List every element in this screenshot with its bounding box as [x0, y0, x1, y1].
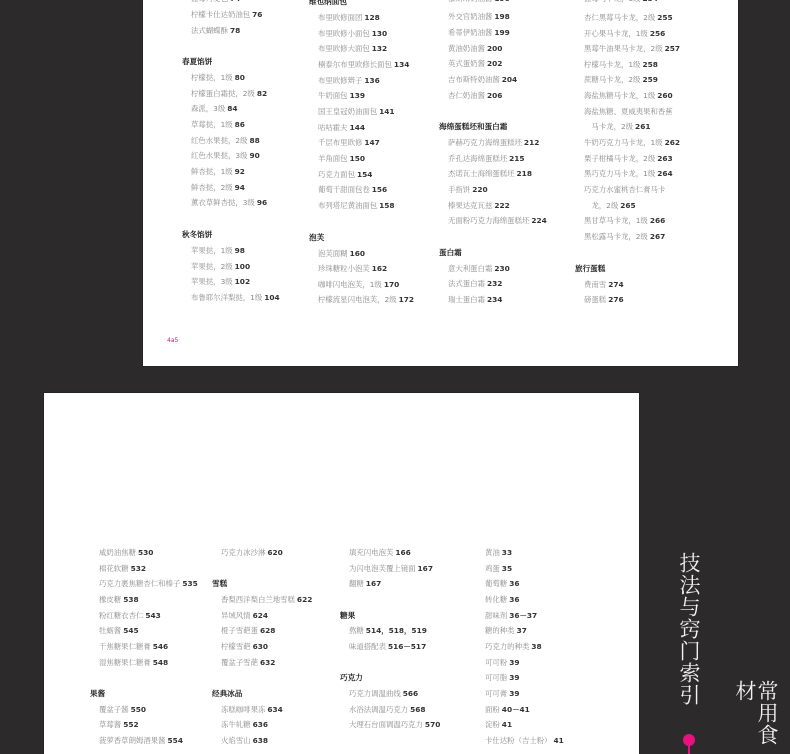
index-entry: 黑甘草马卡龙，1级266: [584, 216, 665, 226]
entry-page-number: 139: [350, 91, 365, 100]
section-heading: 糖果: [340, 611, 355, 621]
entry-label: 希蒂伊奶油酱: [448, 28, 492, 37]
entry-page-number: 40－41: [502, 705, 530, 714]
index-entry: 转化糖36: [485, 595, 519, 605]
entry-label: 柠檬卡仕达奶油包: [191, 10, 250, 19]
entry-page-number: 141: [379, 107, 394, 116]
index-entry: 布列塔尼黄油面包158: [318, 201, 395, 211]
section-heading: 春夏馅饼: [182, 57, 212, 67]
entry-page-number: 134: [394, 60, 409, 69]
index-entry: 瑞士蛋白霜234: [448, 295, 502, 305]
index-entry: 巧克力的种类38: [485, 642, 542, 652]
index-entry: 苹果挞，1级98: [191, 246, 245, 256]
entry-page-number: 624: [253, 611, 268, 620]
entry-page-number: 230: [494, 264, 509, 273]
index-entry: 黑巧克力马卡龙，1级264: [584, 169, 673, 179]
entry-page-number: 259: [642, 75, 657, 84]
entry-label: 粉红糖衣杏仁: [99, 611, 143, 620]
index-entry: 磅蛋糕276: [584, 295, 624, 305]
entry-page-number: 36: [509, 595, 519, 604]
index-entry: 法式蛋白霜232: [448, 279, 502, 289]
entry-page-number: 98: [235, 246, 245, 255]
index-entry: 蔗糖马卡龙，2级259: [584, 75, 658, 85]
entry-page-number: 86: [235, 120, 245, 129]
index-entry: 咖啡闪电泡芙，1级170: [318, 280, 399, 290]
entry-page-number: 196: [494, 0, 509, 3]
index-entry: 楠泰尔布里欧修长面包134: [318, 60, 409, 70]
entry-label: 柠檬蛋白霜挞，2级: [191, 89, 255, 98]
entry-label: 可可膏: [485, 689, 507, 698]
entry-page-number: 532: [131, 564, 146, 573]
entry-label: 巧克力调温曲线: [349, 689, 401, 698]
index-entry: 杏仁奶油酱206: [448, 91, 502, 101]
entry-page-number: 167: [366, 579, 381, 588]
entry-label: 火焰雪山: [221, 736, 251, 745]
entry-page-number: 622: [297, 595, 312, 604]
index-entry: 牛奶巧克力马卡龙，1级262: [584, 138, 680, 148]
index-entry: 甜味剂36－37: [485, 611, 537, 621]
entry-page-number: 132: [372, 44, 387, 53]
entry-page-number: 260: [657, 91, 672, 100]
index-entry: 橙子雪葩蛋628: [221, 626, 275, 636]
entry-page-number: 570: [425, 720, 440, 729]
entry-page-number: 100: [235, 262, 250, 271]
entry-page-number: 90: [249, 151, 259, 160]
entry-label: 布里欧修辫子: [318, 76, 362, 85]
section-heading: 蛋白霜: [439, 248, 462, 258]
entry-label: 大理石台面调温巧克力: [349, 720, 423, 729]
entry-page-number: 620: [267, 548, 282, 557]
entry-label: 苹果挞，3级: [191, 277, 233, 286]
index-entry: 面粉40－41: [485, 705, 530, 715]
entry-page-number: 172: [399, 295, 414, 304]
index-entry: 黑莓牛油果马卡龙，2级257: [584, 44, 680, 54]
index-entry: 冻糕咖啡果冻634: [221, 705, 283, 715]
index-entry: 卡仕达粉（吉士粉）41: [485, 736, 564, 746]
entry-label: 布鲁耶尔洋梨挞，1级: [191, 293, 262, 302]
index-entry: 可可脂39: [485, 673, 519, 683]
entry-page-number: 264: [657, 169, 672, 178]
entry-label: 冻糕咖啡果冻: [221, 705, 265, 714]
index-entry: 柠檬卡仕达奶油包76: [191, 10, 262, 20]
entry-label: 牛奶面包: [318, 91, 348, 100]
entry-page-number: 254: [642, 0, 657, 3]
entry-label: 马卡龙，2级: [584, 122, 633, 131]
index-entry: 巧克力冰沙淋620: [221, 548, 283, 558]
index-entry: 马卡龙，2级261: [584, 122, 650, 132]
entry-label: 磅蛋糕: [584, 295, 606, 304]
index-entry: 鸡蛋35: [485, 564, 512, 574]
entry-label: 手指饼: [448, 185, 470, 194]
entry-label: 榛果达克瓦兹: [448, 201, 492, 210]
index-entry: 蓝莓丹麦包74: [191, 0, 240, 4]
index-entry: 布里欧修辫子136: [318, 76, 380, 86]
entry-label: 菠萝香草朗姆酒果酱: [99, 736, 166, 745]
index-entry: 柠檬流星闪电泡芙，2级172: [318, 295, 414, 305]
index-entry: 咸奶油焦糖530: [99, 548, 153, 558]
entry-page-number: 162: [372, 264, 387, 273]
index-entry: 英式蛋奶酱202: [448, 59, 502, 69]
entry-page-number: 206: [487, 91, 502, 100]
entry-page-number: 530: [138, 548, 153, 557]
entry-label: 填充闪电泡芙: [349, 548, 393, 557]
entry-page-number: 632: [260, 658, 275, 667]
entry-label: 水浴法调温巧克力: [349, 705, 408, 714]
entry-label: 牛奶巧克力马卡龙，1级: [584, 138, 663, 147]
entry-page-number: 84: [227, 104, 237, 113]
index-entry: 希蒂伊奶油酱199: [448, 28, 510, 38]
index-entry: 榛果达克瓦兹222: [448, 201, 510, 211]
entry-label: 瑞士蛋白霜: [448, 295, 485, 304]
entry-page-number: 212: [524, 138, 539, 147]
entry-label: 羊角面包: [318, 154, 348, 163]
side-title-common-ingredients: 常用食材: [734, 680, 778, 754]
entry-page-number: 630: [253, 642, 268, 651]
entry-page-number: 550: [131, 705, 146, 714]
entry-label: 甜味剂: [485, 611, 507, 620]
section-heading: 海绵蛋糕坯和蛋白霜: [439, 122, 507, 132]
entry-page-number: 256: [650, 29, 665, 38]
entry-label: 吉布斯特奶油酱: [448, 75, 500, 84]
entry-page-number: 33: [502, 548, 512, 557]
entry-label: 外交官奶油酱: [448, 12, 492, 21]
entry-page-number: 82: [257, 89, 267, 98]
entry-label: 柠檬流星闪电泡芙，2级: [318, 295, 397, 304]
index-entry: 布里欧修大面包132: [318, 44, 387, 54]
entry-page-number: 232: [487, 279, 502, 288]
index-entry: 栗子柑橘马卡龙，2级263: [584, 154, 673, 164]
entry-page-number: 218: [517, 169, 532, 178]
index-entry: 手指饼220: [448, 185, 488, 195]
entry-page-number: 92: [235, 167, 245, 176]
entry-label: 黑松露马卡龙，2级: [584, 232, 648, 241]
entry-label: 淀粉: [485, 720, 500, 729]
index-entry: 吉布斯特奶油酱204: [448, 75, 517, 85]
entry-label: 开心果马卡龙，1级: [584, 29, 648, 38]
entry-page-number: 36: [509, 579, 519, 588]
entry-label: 熬糖: [349, 626, 364, 635]
entry-label: 布列塔尼黄油面包: [318, 201, 377, 210]
entry-page-number: 265: [620, 201, 635, 210]
index-entry: 无面粉巧克力海绵蛋糕坯224: [448, 216, 547, 226]
entry-page-number: 262: [665, 138, 680, 147]
entry-label: 龙，2级: [584, 201, 618, 210]
index-entry: 乔孔达海绵蛋糕坯215: [448, 154, 525, 164]
entry-label: 草莓挞，1级: [191, 120, 233, 129]
entry-label: 珍珠糖粒小泡芙: [318, 264, 370, 273]
entry-label: 葡萄糖: [485, 579, 507, 588]
entry-label: 千层布里欧修: [318, 138, 362, 147]
entry-label: 鸡蛋: [485, 564, 500, 573]
entry-label: 楠泰尔布里欧修长面包: [318, 60, 392, 69]
entry-label: 泡芙面糊: [318, 249, 348, 258]
index-entry: 慕斯琳奶油酱196: [448, 0, 510, 4]
bookmark-stem: [688, 744, 690, 754]
entry-label: 橙子雪葩蛋: [221, 626, 258, 635]
index-entry: 珍珠糖粒小泡芙162: [318, 264, 387, 274]
index-entry: 红色水果挞，3级90: [191, 151, 260, 161]
index-entry: 粉红糖衣杏仁543: [99, 611, 161, 621]
index-entry: 杰诺瓦士海绵蛋糕坯218: [448, 169, 532, 179]
entry-page-number: 170: [384, 280, 399, 289]
entry-page-number: 263: [657, 154, 672, 163]
entry-page-number: 224: [531, 216, 546, 225]
entry-label: 杏仁黑莓马卡龙，2级: [584, 13, 655, 22]
entry-label: 黄油: [485, 548, 500, 557]
index-entry: 黑松露马卡龙，2级267: [584, 232, 665, 242]
entry-page-number: 154: [357, 170, 372, 179]
entry-page-number: 200: [487, 44, 502, 53]
entry-page-number: 35: [502, 564, 512, 573]
entry-page-number: 255: [657, 13, 672, 22]
entry-label: 法式蛋白霜: [448, 279, 485, 288]
entry-page-number: 514，518，519: [366, 626, 427, 635]
entry-page-number: 548: [153, 658, 168, 667]
entry-label: 可可脂: [485, 673, 507, 682]
section-heading: 果酱: [90, 689, 105, 699]
entry-label: 咕咕霍夫: [318, 123, 348, 132]
index-entry: 熬糖514，518，519: [349, 626, 427, 636]
index-entry: 杏仁黑莓马卡龙，2级255: [584, 13, 673, 23]
entry-page-number: 78: [230, 26, 240, 35]
entry-page-number: 276: [608, 295, 623, 304]
index-entry: 香梨西洋梨白兰地雪糕622: [221, 595, 312, 605]
entry-page-number: 74: [230, 0, 240, 3]
entry-page-number: 546: [153, 642, 168, 651]
entry-label: 红色水果挞，2级: [191, 136, 247, 145]
index-entry: 森派，3级84: [191, 104, 238, 114]
entry-page-number: 41: [554, 736, 564, 745]
entry-page-number: 102: [235, 277, 250, 286]
index-entry: 薰衣草鲜杏挞，3级96: [191, 198, 267, 208]
entry-label: 薰衣草鲜杏挞，3级: [191, 198, 255, 207]
index-entry: 味道搭配表516－517: [349, 642, 426, 652]
entry-label: 海盐焦糖、夏威夷果和香蕉: [584, 107, 673, 116]
index-entry: 苹果挞，2级100: [191, 262, 250, 272]
entry-label: 苹果挞，2级: [191, 262, 233, 271]
entry-page-number: 198: [494, 12, 509, 21]
entry-label: 可可粉: [485, 658, 507, 667]
entry-label: 布里欧修小面包: [318, 29, 370, 38]
index-entry: 布鲁耶尔洋梨挞，1级104: [191, 293, 280, 303]
index-entry: 草莓酱552: [99, 720, 139, 730]
entry-label: 柠檬马卡龙，1级: [584, 60, 640, 69]
entry-page-number: 130: [372, 29, 387, 38]
entry-label: 栗子柑橘马卡龙，2级: [584, 154, 655, 163]
entry-label: 苹果挞，1级: [191, 246, 233, 255]
entry-page-number: 41: [502, 720, 512, 729]
index-entry: 海盐焦糖马卡龙，1级260: [584, 91, 673, 101]
index-entry: 羊角面包150: [318, 154, 365, 164]
entry-page-number: 535: [182, 579, 197, 588]
entry-label: 巧克力的种类: [485, 642, 529, 651]
entry-label: 面粉: [485, 705, 500, 714]
entry-page-number: 94: [235, 183, 245, 192]
index-entry: 大理石台面调温巧克力570: [349, 720, 440, 730]
entry-page-number: 167: [418, 564, 433, 573]
entry-label: 杏仁奶油酱: [448, 91, 485, 100]
index-entry: 巧克力裹焦糖杏仁和榛子535: [99, 579, 198, 589]
entry-page-number: 88: [249, 136, 259, 145]
index-entry: 棉花软糖532: [99, 564, 146, 574]
entry-label: 森派，3级: [191, 104, 225, 113]
entry-label: 咸奶油焦糖: [99, 548, 136, 557]
entry-label: 萨赫巧克力海绵蛋糕坯: [448, 138, 522, 147]
entry-page-number: 37: [517, 626, 527, 635]
index-entry: 葡萄糖36: [485, 579, 519, 589]
entry-label: 杰诺瓦士海绵蛋糕坯: [448, 169, 515, 178]
index-entry: 干焦糖果仁糖膏546: [99, 642, 168, 652]
index-entry: 湿焦糖果仁糖膏548: [99, 658, 168, 668]
index-entry: 费南雪274: [584, 280, 624, 290]
entry-label: 为闪电泡芙覆上镜面: [349, 564, 416, 573]
index-entry: 牛奶面包139: [318, 91, 365, 101]
index-entry: 蓝莓马卡龙，1级254: [584, 0, 658, 4]
index-entry: 葡萄干甜面包卷156: [318, 185, 387, 195]
index-entry: 咕咕霍夫144: [318, 123, 365, 133]
entry-label: 黄油奶油酱: [448, 44, 485, 53]
entry-label: 巧克力面包: [318, 170, 355, 179]
entry-page-number: 257: [665, 44, 680, 53]
index-entry: 国王皇冠奶油面包141: [318, 107, 395, 117]
section-heading: 泡芙: [309, 233, 324, 243]
entry-page-number: 156: [372, 185, 387, 194]
index-entry: 苹果挞，3级102: [191, 277, 250, 287]
entry-page-number: 36－37: [509, 611, 537, 620]
entry-label: 橡皮糖: [99, 595, 121, 604]
entry-page-number: 516－517: [388, 642, 426, 651]
entry-page-number: 638: [253, 736, 268, 745]
entry-page-number: 545: [123, 626, 138, 635]
index-entry: 菠萝香草朗姆酒果酱554: [99, 736, 183, 746]
entry-label: 无面粉巧克力海绵蛋糕坯: [448, 216, 529, 225]
index-entry: 为闪电泡芙覆上镜面167: [349, 564, 433, 574]
index-entry: 翻糖167: [349, 579, 381, 589]
index-entry: 填充闪电泡芙166: [349, 548, 411, 558]
index-entry: 黄油33: [485, 548, 512, 558]
entry-label: 转化糖: [485, 595, 507, 604]
entry-page-number: 202: [487, 59, 502, 68]
entry-label: 柠檬雪葩: [221, 642, 251, 651]
index-entry: 淀粉41: [485, 720, 512, 730]
entry-page-number: 552: [123, 720, 138, 729]
entry-page-number: 234: [487, 295, 502, 304]
entry-label: 巧克力冰沙淋: [221, 548, 265, 557]
index-entry: 可可粉39: [485, 658, 519, 668]
entry-label: 黑甘草马卡龙，1级: [584, 216, 648, 225]
entry-label: 黑巧克力马卡龙，1级: [584, 169, 655, 178]
index-entry: 千层布里欧修147: [318, 138, 380, 148]
entry-page-number: 38: [531, 642, 541, 651]
index-entry: 海盐焦糖、夏威夷果和香蕉: [584, 107, 675, 117]
page-number: 4a5: [167, 337, 178, 344]
entry-page-number: 39: [509, 658, 519, 667]
index-entry: 柠檬挞，1级80: [191, 73, 245, 83]
entry-page-number: 147: [364, 138, 379, 147]
entry-page-number: 215: [509, 154, 524, 163]
index-entry: 布里欧修小面包130: [318, 29, 387, 39]
index-entry: 橡皮糖538: [99, 595, 139, 605]
index-entry: 布里欧修面团128: [318, 13, 380, 23]
entry-label: 慕斯琳奶油酱: [448, 0, 492, 3]
entry-label: 覆盆子雪葩: [221, 658, 258, 667]
entry-page-number: 136: [364, 76, 379, 85]
index-entry: 开心果马卡龙，1级256: [584, 29, 665, 39]
entry-page-number: 222: [494, 201, 509, 210]
entry-label: 异域风情: [221, 611, 251, 620]
index-entry: 牡蛎酱545: [99, 626, 139, 636]
index-entry: 外交官奶油酱198: [448, 12, 510, 22]
index-entry: 黄油奶油酱200: [448, 44, 502, 54]
index-entry: 覆盆子酱550: [99, 705, 146, 715]
index-entry: 覆盆子雪葩632: [221, 658, 275, 668]
entry-label: 味道搭配表: [349, 642, 386, 651]
entry-label: 法式蝴蝶酥: [191, 26, 228, 35]
entry-label: 英式蛋奶酱: [448, 59, 485, 68]
entry-label: 意大利蛋白霜: [448, 264, 492, 273]
entry-page-number: 634: [267, 705, 282, 714]
index-entry: 法式蝴蝶酥78: [191, 26, 240, 36]
entry-page-number: 258: [642, 60, 657, 69]
entry-label: 冻牛轧糖: [221, 720, 251, 729]
section-heading: 巧克力: [340, 673, 363, 683]
index-entry: 鲜杏挞，1级92: [191, 167, 245, 177]
entry-page-number: 266: [650, 216, 665, 225]
section-heading: 秋冬馅饼: [182, 230, 212, 240]
index-entry: 龙，2级265: [584, 201, 636, 211]
entry-label: 翻糖: [349, 579, 364, 588]
index-entry: 水浴法调温巧克力568: [349, 705, 426, 715]
entry-label: 巧克力裹焦糖杏仁和榛子: [99, 579, 180, 588]
entry-page-number: 554: [168, 736, 183, 745]
entry-label: 巧克力水蜜桃杏仁膏马卡: [584, 185, 665, 194]
entry-page-number: 104: [264, 293, 279, 302]
entry-page-number: 568: [410, 705, 425, 714]
entry-page-number: 274: [608, 280, 623, 289]
entry-page-number: 543: [145, 611, 160, 620]
entry-page-number: 636: [253, 720, 268, 729]
index-page-top: 4a5 蓝莓丹麦包74柠檬卡仕达奶油包76法式蝴蝶酥78春夏馅饼柠檬挞，1级80…: [143, 0, 738, 366]
entry-label: 鲜杏挞，1级: [191, 167, 233, 176]
entry-label: 葡萄干甜面包卷: [318, 185, 370, 194]
entry-label: 干焦糖果仁糖膏: [99, 642, 151, 651]
index-entry: 巧克力调温曲线566: [349, 689, 418, 699]
entry-page-number: 267: [650, 232, 665, 241]
entry-label: 牡蛎酱: [99, 626, 121, 635]
index-entry: 萨赫巧克力海绵蛋糕坯212: [448, 138, 539, 148]
section-heading: 雪糕: [212, 579, 227, 589]
index-entry: 红色水果挞，2级88: [191, 136, 260, 146]
entry-label: 费南雪: [584, 280, 606, 289]
entry-page-number: 150: [350, 154, 365, 163]
entry-label: 草莓酱: [99, 720, 121, 729]
entry-page-number: 220: [472, 185, 487, 194]
entry-page-number: 160: [350, 249, 365, 258]
entry-page-number: 204: [502, 75, 517, 84]
entry-page-number: 166: [395, 548, 410, 557]
entry-page-number: 39: [509, 673, 519, 682]
entry-label: 覆盆子酱: [99, 705, 129, 714]
entry-page-number: 39: [509, 689, 519, 698]
entry-label: 鲜杏挞，2级: [191, 183, 233, 192]
entry-page-number: 158: [379, 201, 394, 210]
entry-label: 乔孔达海绵蛋糕坯: [448, 154, 507, 163]
entry-page-number: 80: [235, 73, 245, 82]
entry-label: 黑莓牛油果马卡龙，2级: [584, 44, 663, 53]
entry-page-number: 628: [260, 626, 275, 635]
entry-label: 湿焦糖果仁糖膏: [99, 658, 151, 667]
entry-page-number: 128: [364, 13, 379, 22]
